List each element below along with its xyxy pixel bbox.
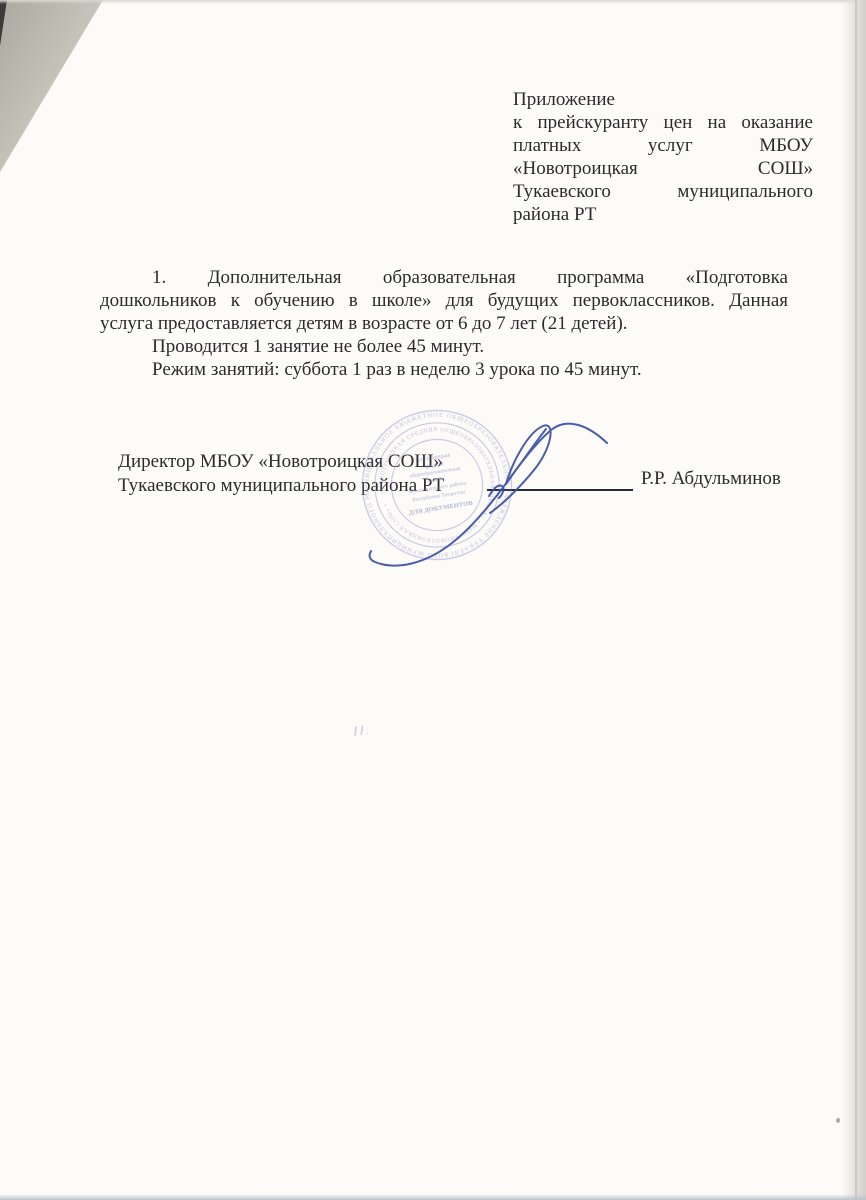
header-line: «Новотроицкая СОШ» <box>513 157 813 180</box>
body-line: Проводится 1 занятие не более 45 минут. <box>100 335 788 358</box>
header-line: Приложение <box>513 88 813 111</box>
signer-name: Р.Р. Абдульминов <box>641 468 781 490</box>
appendix-header: Приложение к прейскуранту цен на оказани… <box>513 88 813 226</box>
scan-top-edge-shadow <box>0 0 866 4</box>
body-paragraph: 1. Дополнительная образовательная програ… <box>100 266 788 381</box>
body-line: Режим занятий: суббота 1 раз в неделю 3 … <box>100 358 788 381</box>
stamp-center-text: Новотроицкая средняя общеобразовательная… <box>400 450 473 516</box>
svg-text:школа: школа <box>428 476 444 484</box>
body-line: 1. Дополнительная образовательная програ… <box>100 266 788 289</box>
body-line: услуга предоставляется детям в возрасте … <box>100 312 788 335</box>
scan-right-edge-line <box>855 0 857 1200</box>
stamp-icon: МУНИЦИПАЛЬНОЕ БЮДЖЕТНОЕ ОБЩЕОБРАЗОВАТЕЛЬ… <box>336 384 537 585</box>
header-line: района РТ <box>513 203 813 226</box>
scan-bottom-edge-shadow <box>0 1194 866 1200</box>
header-line: Тукаевского муниципального <box>513 180 813 203</box>
header-line: к прейскуранту цен на оказание <box>513 111 813 134</box>
scanned-document-page: Приложение к прейскуранту цен на оказани… <box>0 0 866 1200</box>
page-corner-fold-artifact <box>0 0 110 178</box>
header-line: платных услуг МБОУ <box>513 134 813 157</box>
body-line: дошкольников к обучению в школе» для буд… <box>100 289 788 312</box>
scan-right-edge-shadow <box>842 0 866 1200</box>
ink-speck <box>353 725 367 736</box>
official-stamp: МУНИЦИПАЛЬНОЕ БЮДЖЕТНОЕ ОБЩЕОБРАЗОВАТЕЛЬ… <box>336 384 537 585</box>
dust-speck <box>836 1118 840 1123</box>
